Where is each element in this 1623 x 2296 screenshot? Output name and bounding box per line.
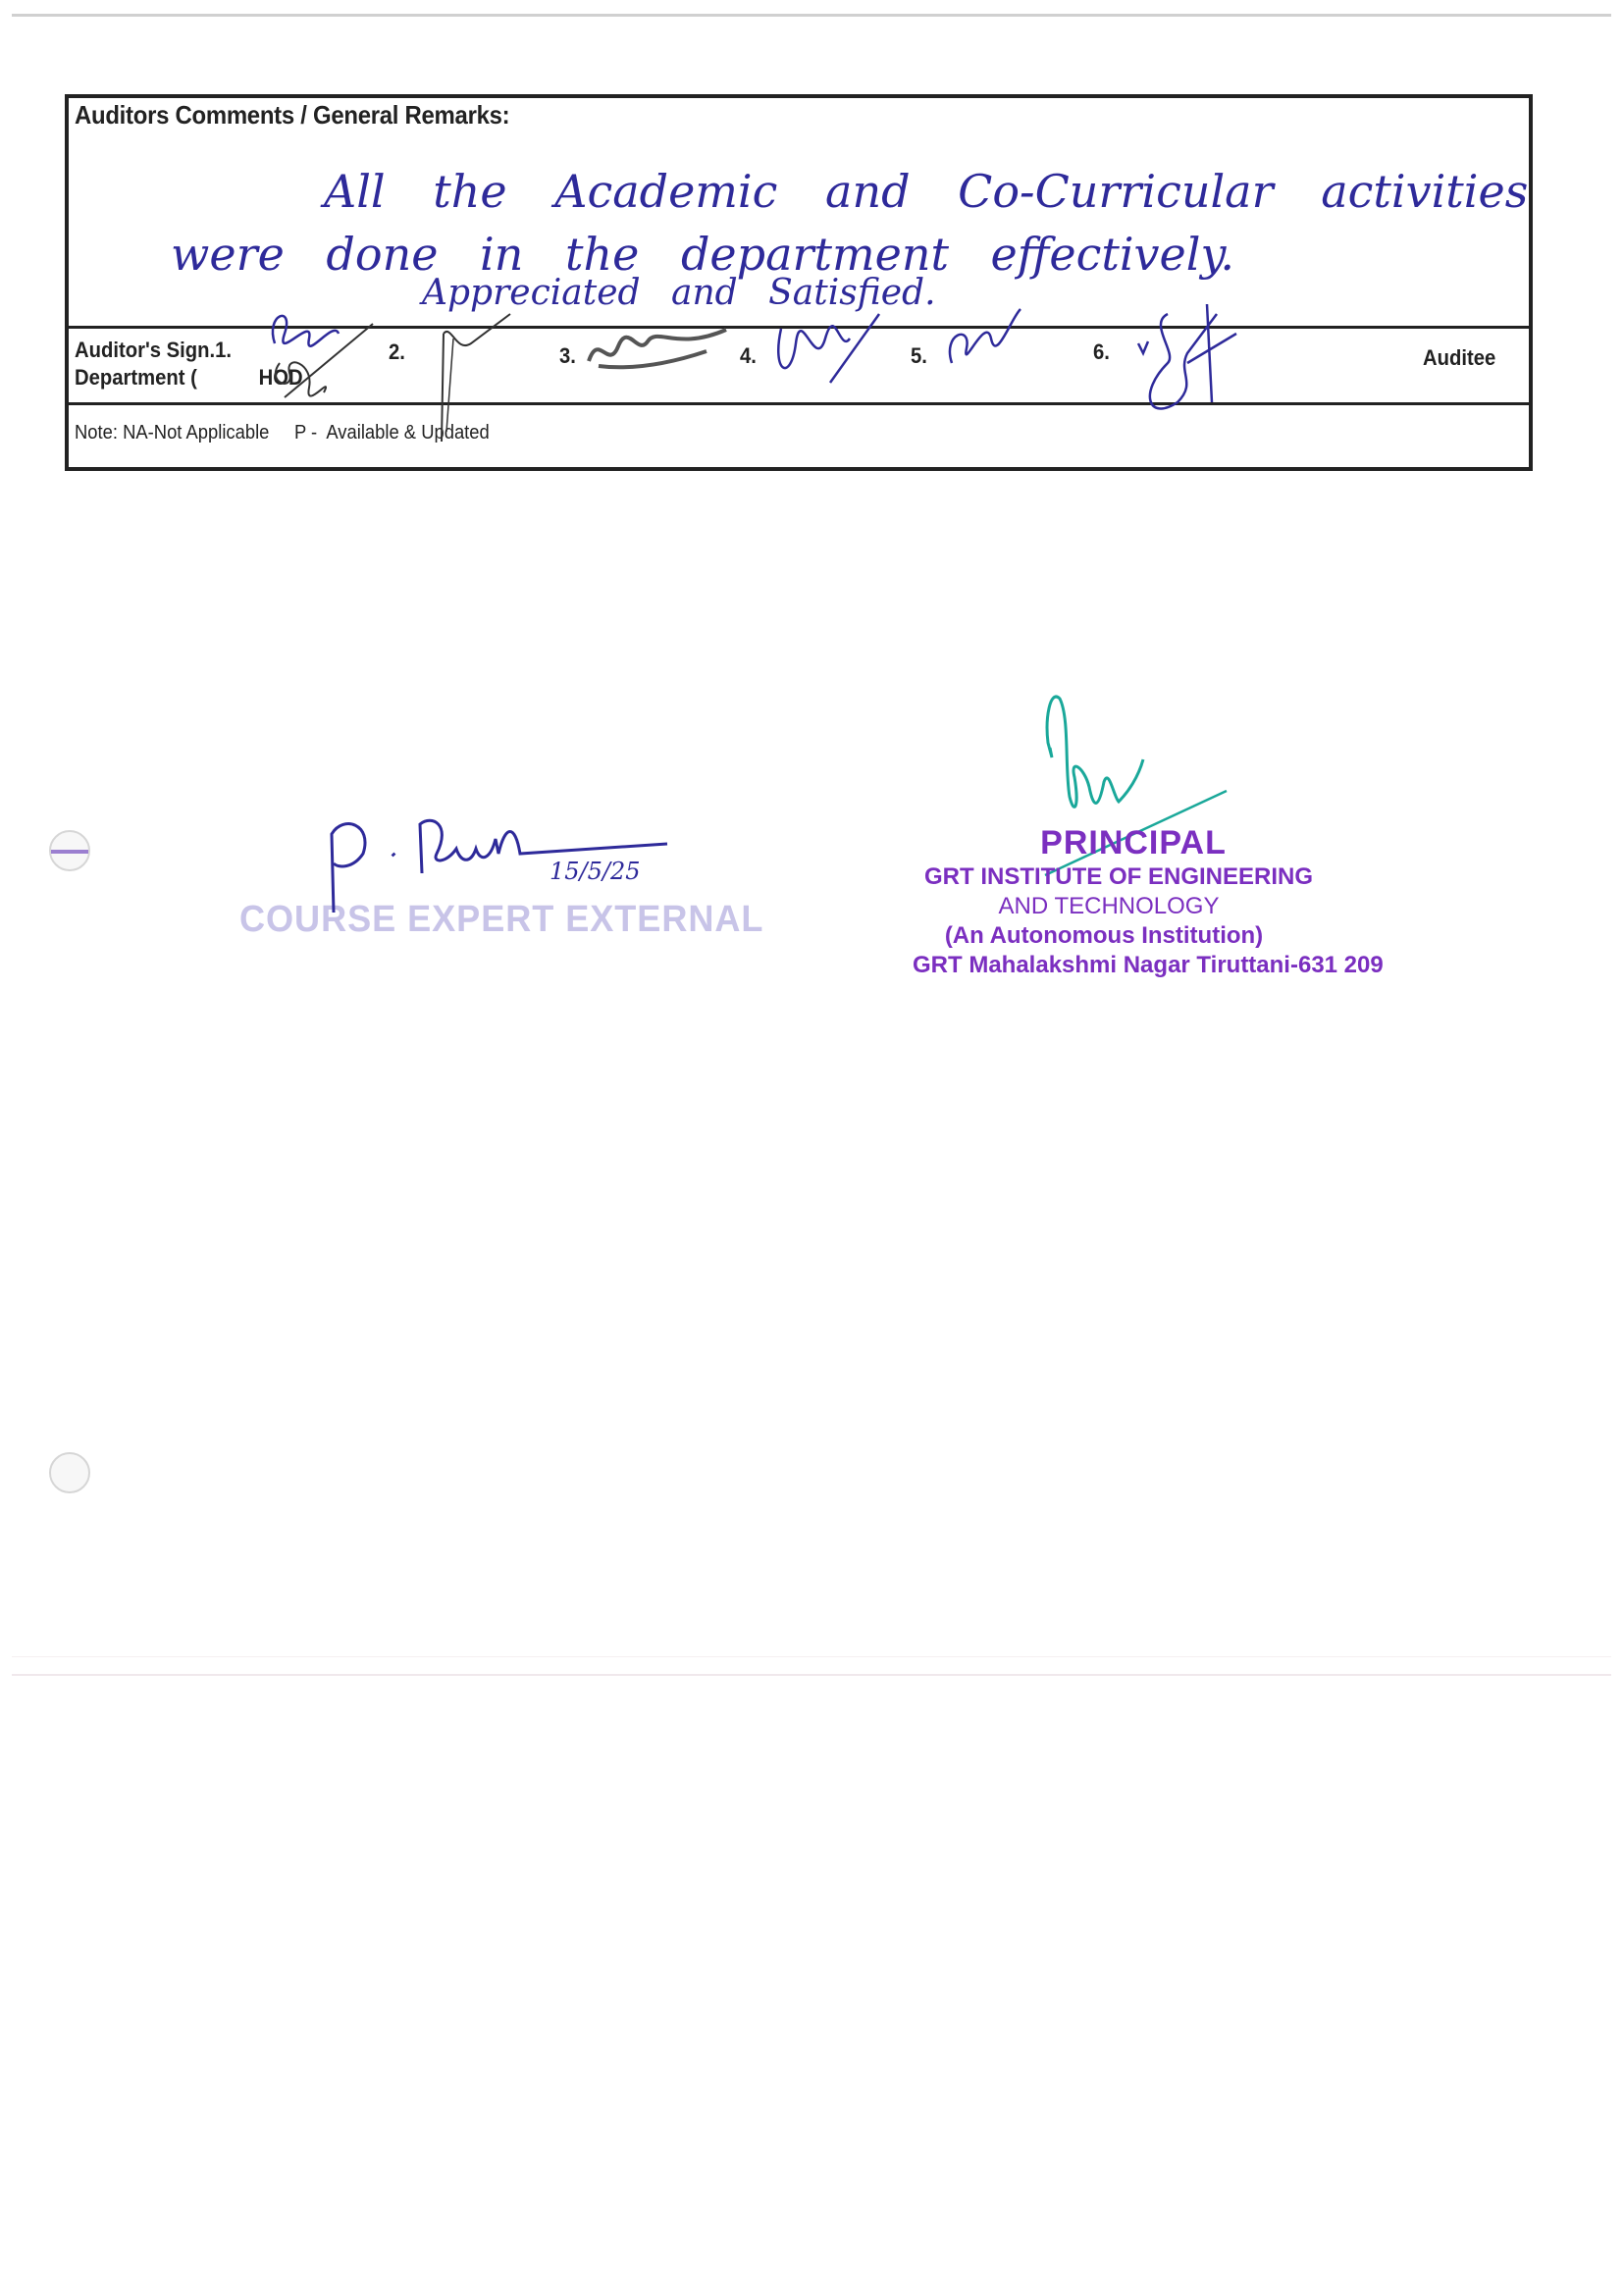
row-divider (69, 402, 1529, 405)
sign-slot-4: 4. (740, 343, 757, 369)
course-expert-date: 15/5/25 (550, 858, 641, 885)
auditor-sign-label: Auditor's Sign.1. (75, 338, 232, 363)
handwritten-remark-line: Appreciated and Satisfied. (422, 273, 936, 313)
department-label: Department ( (75, 365, 197, 390)
institution-name: GRT INSTITUTE OF ENGINEERING (922, 862, 1315, 892)
signature-1-icon (255, 304, 402, 412)
punch-hole (49, 1452, 90, 1493)
sign-slot-5: 5. (911, 343, 927, 369)
sign-slot-2: 2. (389, 339, 405, 365)
department-hod-label: Department ( HOD (75, 365, 303, 391)
row-divider (69, 326, 1529, 329)
scan-edge-top (12, 14, 1611, 17)
principal-stamp: PRINCIPAL GRT INSTITUTE OF ENGINEERING A… (883, 824, 1315, 980)
scan-edge-bottom (12, 1656, 1611, 1657)
institution-name-cont: AND TECHNOLOGY (903, 892, 1315, 921)
principal-title: PRINCIPAL (952, 824, 1315, 862)
institution-address: GRT Mahalakshmi Nagar Tiruttani-631 209 (913, 951, 1315, 980)
remarks-title: Auditors Comments / General Remarks: (75, 100, 509, 130)
hod-label: HOD (259, 365, 303, 390)
sign-slot-3: 3. (559, 343, 576, 369)
auditors-comments-box: Auditors Comments / General Remarks: All… (65, 94, 1533, 471)
course-expert-stamp: COURSE EXPERT EXTERNAL (239, 899, 763, 941)
signature-5-icon (932, 304, 1030, 373)
sign-slot-6: 6. (1093, 339, 1110, 365)
handwritten-remark-line: All the Academic and Co-Curricular activ… (324, 165, 1528, 218)
punch-hole (49, 830, 90, 871)
signature-3-icon (579, 322, 736, 381)
note-legend: Note: NA-Not Applicable P - Available & … (75, 422, 490, 444)
auditee-label: Auditee (1423, 345, 1495, 371)
institution-status: (An Autonomous Institution) (893, 921, 1315, 951)
scan-edge-bottom (12, 1674, 1611, 1676)
